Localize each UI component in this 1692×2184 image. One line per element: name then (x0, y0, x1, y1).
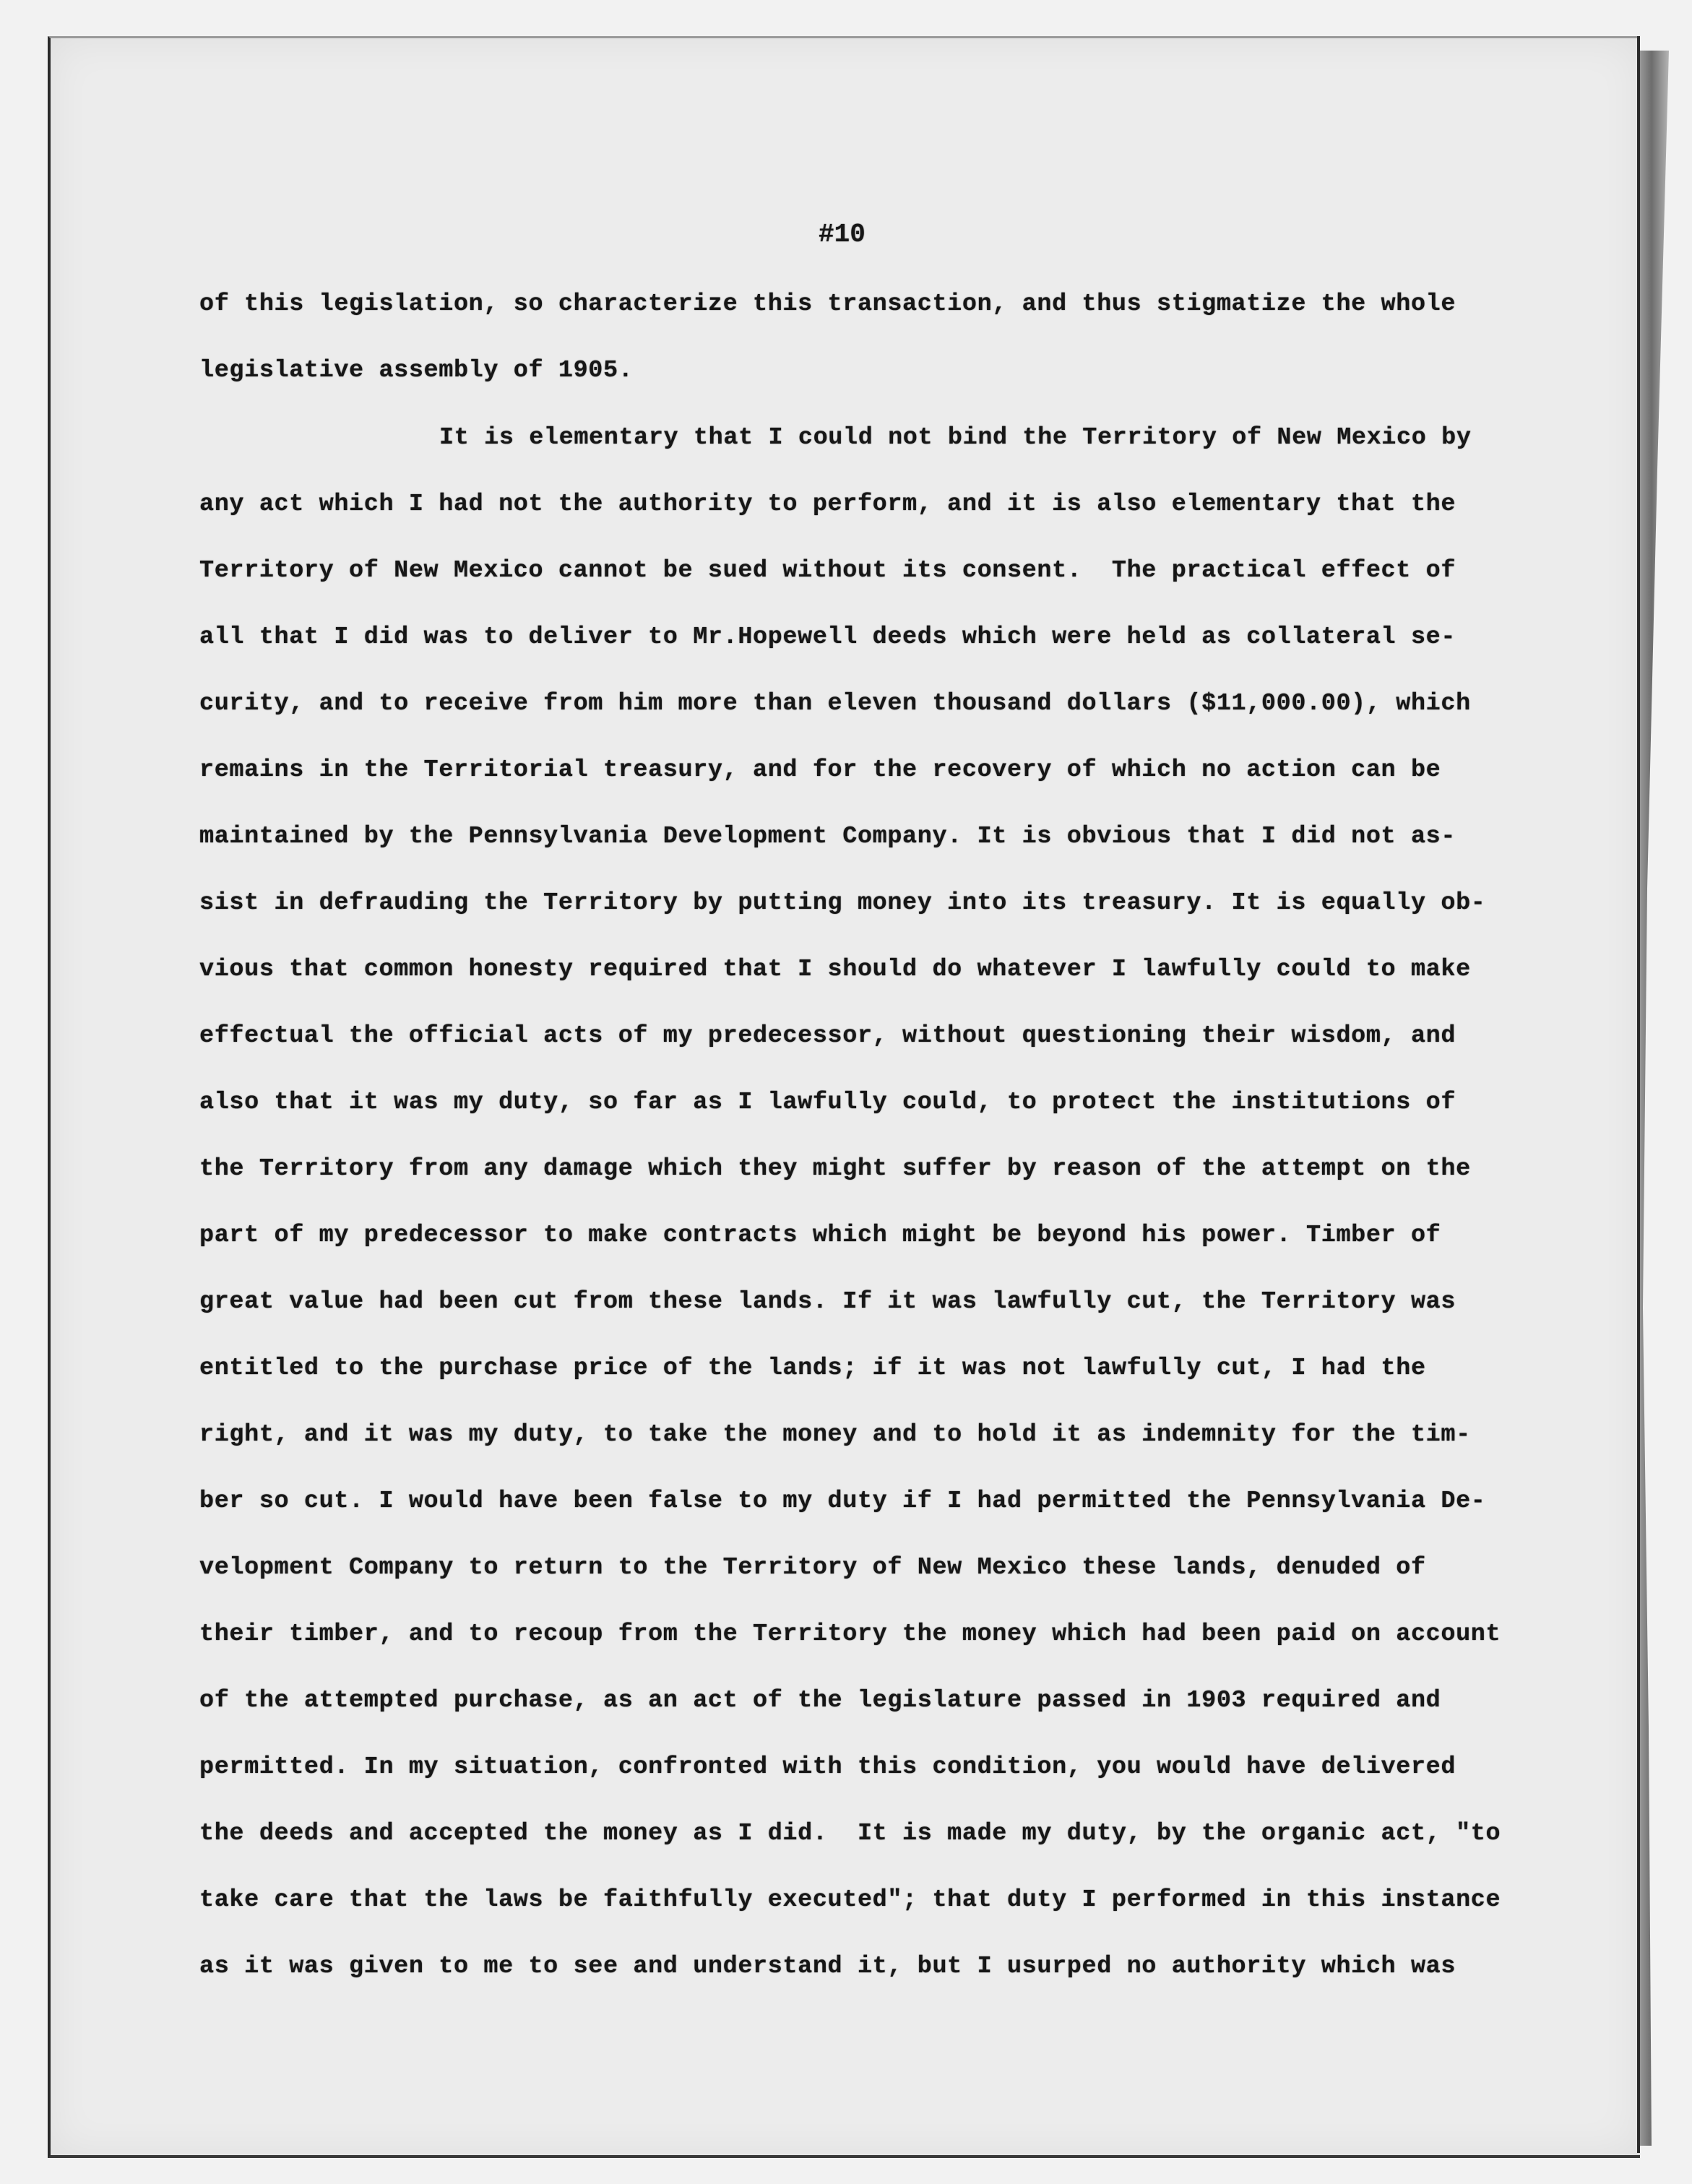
text-line: as it was given to me to see and underst… (199, 1955, 1456, 1980)
text-line: the Territory from any damage which they… (199, 1157, 1471, 1182)
text-line: of this legislation, so characterize thi… (199, 293, 1456, 317)
text-line: permitted. In my situation, confronted w… (199, 1756, 1456, 1780)
text-line: effectual the official acts of my predec… (199, 1024, 1456, 1049)
text-line: all that I did was to deliver to Mr.Hope… (199, 626, 1456, 650)
text-line: curity, and to receive from him more tha… (199, 692, 1471, 717)
page-number: #10 (819, 220, 866, 249)
text-line: any act which I had not the authority to… (199, 493, 1456, 517)
page-right-border (1637, 36, 1640, 2153)
text-line: the deeds and accepted the money as I di… (199, 1822, 1501, 1847)
text-line: of the attempted purchase, as an act of … (199, 1689, 1441, 1714)
text-line: part of my predecessor to make contracts… (199, 1224, 1441, 1248)
text-line: sist in defrauding the Territory by putt… (199, 892, 1485, 916)
text-line: also that it was my duty, so far as I la… (199, 1091, 1456, 1115)
text-line: take care that the laws be faithfully ex… (199, 1889, 1501, 1913)
text-line: maintained by the Pennsylvania Developme… (199, 825, 1456, 850)
text-line: vious that common honesty required that … (199, 958, 1471, 983)
text-line: great value had been cut from these land… (199, 1290, 1456, 1315)
text-line: right, and it was my duty, to take the m… (199, 1423, 1471, 1448)
text-line: Territory of New Mexico cannot be sued w… (199, 559, 1456, 584)
paragraph-start-line: It is elementary that I could not bind t… (439, 426, 1472, 451)
text-line: velopment Company to return to the Terri… (199, 1556, 1426, 1581)
text-line: their timber, and to recoup from the Ter… (199, 1623, 1501, 1647)
text-line: ber so cut. I would have been false to m… (199, 1490, 1485, 1514)
text-line: remains in the Territorial treasury, and… (199, 759, 1441, 783)
text-line: entitled to the purchase price of the la… (199, 1357, 1426, 1381)
text-line: legislative assembly of 1905. (199, 359, 633, 384)
